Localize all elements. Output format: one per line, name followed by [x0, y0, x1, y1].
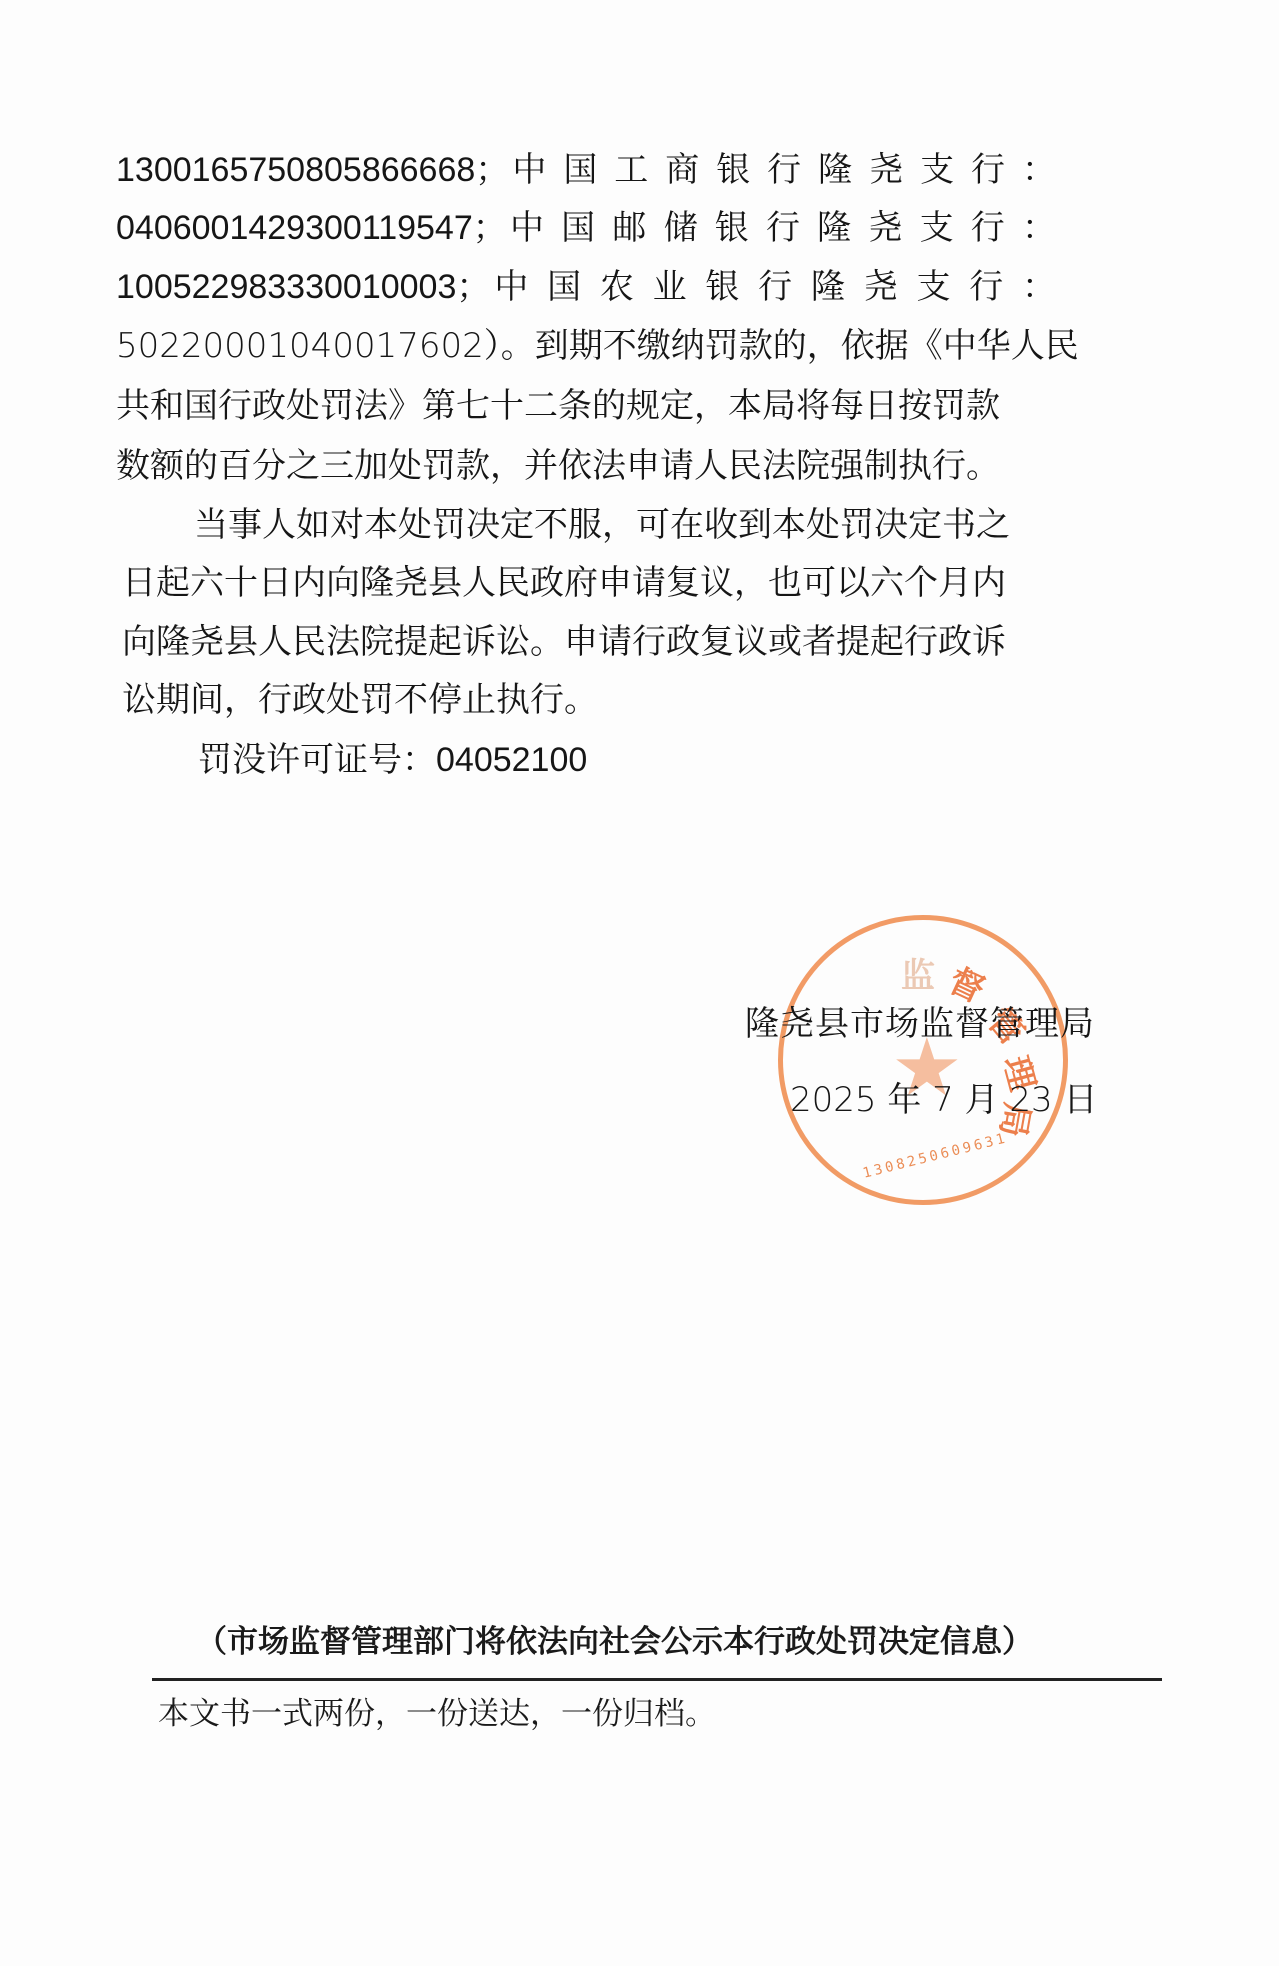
bank-name: 中 国 工 商 银 行 隆 尧 支 行 ：: [509, 150, 1056, 190]
account-number: 0406001429300119547: [116, 209, 473, 247]
account-number: 100522983330010003: [116, 268, 456, 306]
appeal-paragraph-line: 日起六十日内向隆尧县人民政府申请复议，也可以六个月内: [122, 563, 1006, 603]
license-number: 04052100: [436, 741, 587, 779]
official-seal-icon: ★ 监 督 管 理 局 1308250609631: [778, 915, 1068, 1205]
issuer-name: 隆尧县市场监督管理局: [745, 1004, 1095, 1044]
bank-name: 中 国 邮 储 银 行 隆 尧 支 行 ：: [507, 208, 1056, 248]
bank-name: 中 国 农 业 银 行 隆 尧 支 行 ：: [490, 267, 1056, 307]
bank-line-psbc: 0406001429300119547；中 国 邮 储 银 行 隆 尧 支 行 …: [116, 208, 1056, 248]
document-page: 1300165750805866668；中 国 工 商 银 行 隆 尧 支 行 …: [0, 0, 1279, 1966]
license-line: 罚没许可证号：04052100: [198, 740, 587, 780]
issue-date: 2025 年 7 月 23 日: [790, 1080, 1097, 1120]
paragraph-line: 50220001040017602）。到期不缴纳罚款的，依据《中华人民: [116, 326, 1079, 366]
bank-line-icbc: 1300165750805866668；中 国 工 商 银 行 隆 尧 支 行 …: [116, 150, 1056, 190]
appeal-paragraph-line: 讼期间，行政处罚不停止执行。: [122, 680, 598, 720]
public-notice: （市场监督管理部门将依法向社会公示本行政处罚决定信息）: [196, 1622, 1033, 1662]
divider: [152, 1678, 1162, 1681]
copies-note: 本文书一式两份，一份送达，一份归档。: [158, 1694, 716, 1734]
license-label: 罚没许可证号：: [198, 740, 436, 780]
paragraph-line: 共和国行政处罚法》第七十二条的规定，本局将每日按罚款: [116, 386, 1000, 426]
appeal-paragraph-line: 当事人如对本处罚决定不服，可在收到本处罚决定书之: [194, 505, 1010, 545]
seal-code: 1308250609631: [861, 1130, 1009, 1181]
paragraph-line: 数额的百分之三加处罚款，并依法申请人民法院强制执行。: [116, 446, 1000, 486]
bank-line-abc: 100522983330010003；中 国 农 业 银 行 隆 尧 支 行 ：: [116, 267, 1056, 307]
account-number: 1300165750805866668: [116, 151, 475, 189]
appeal-paragraph-line: 向隆尧县人民法院提起诉讼。申请行政复议或者提起行政诉: [122, 622, 1006, 662]
